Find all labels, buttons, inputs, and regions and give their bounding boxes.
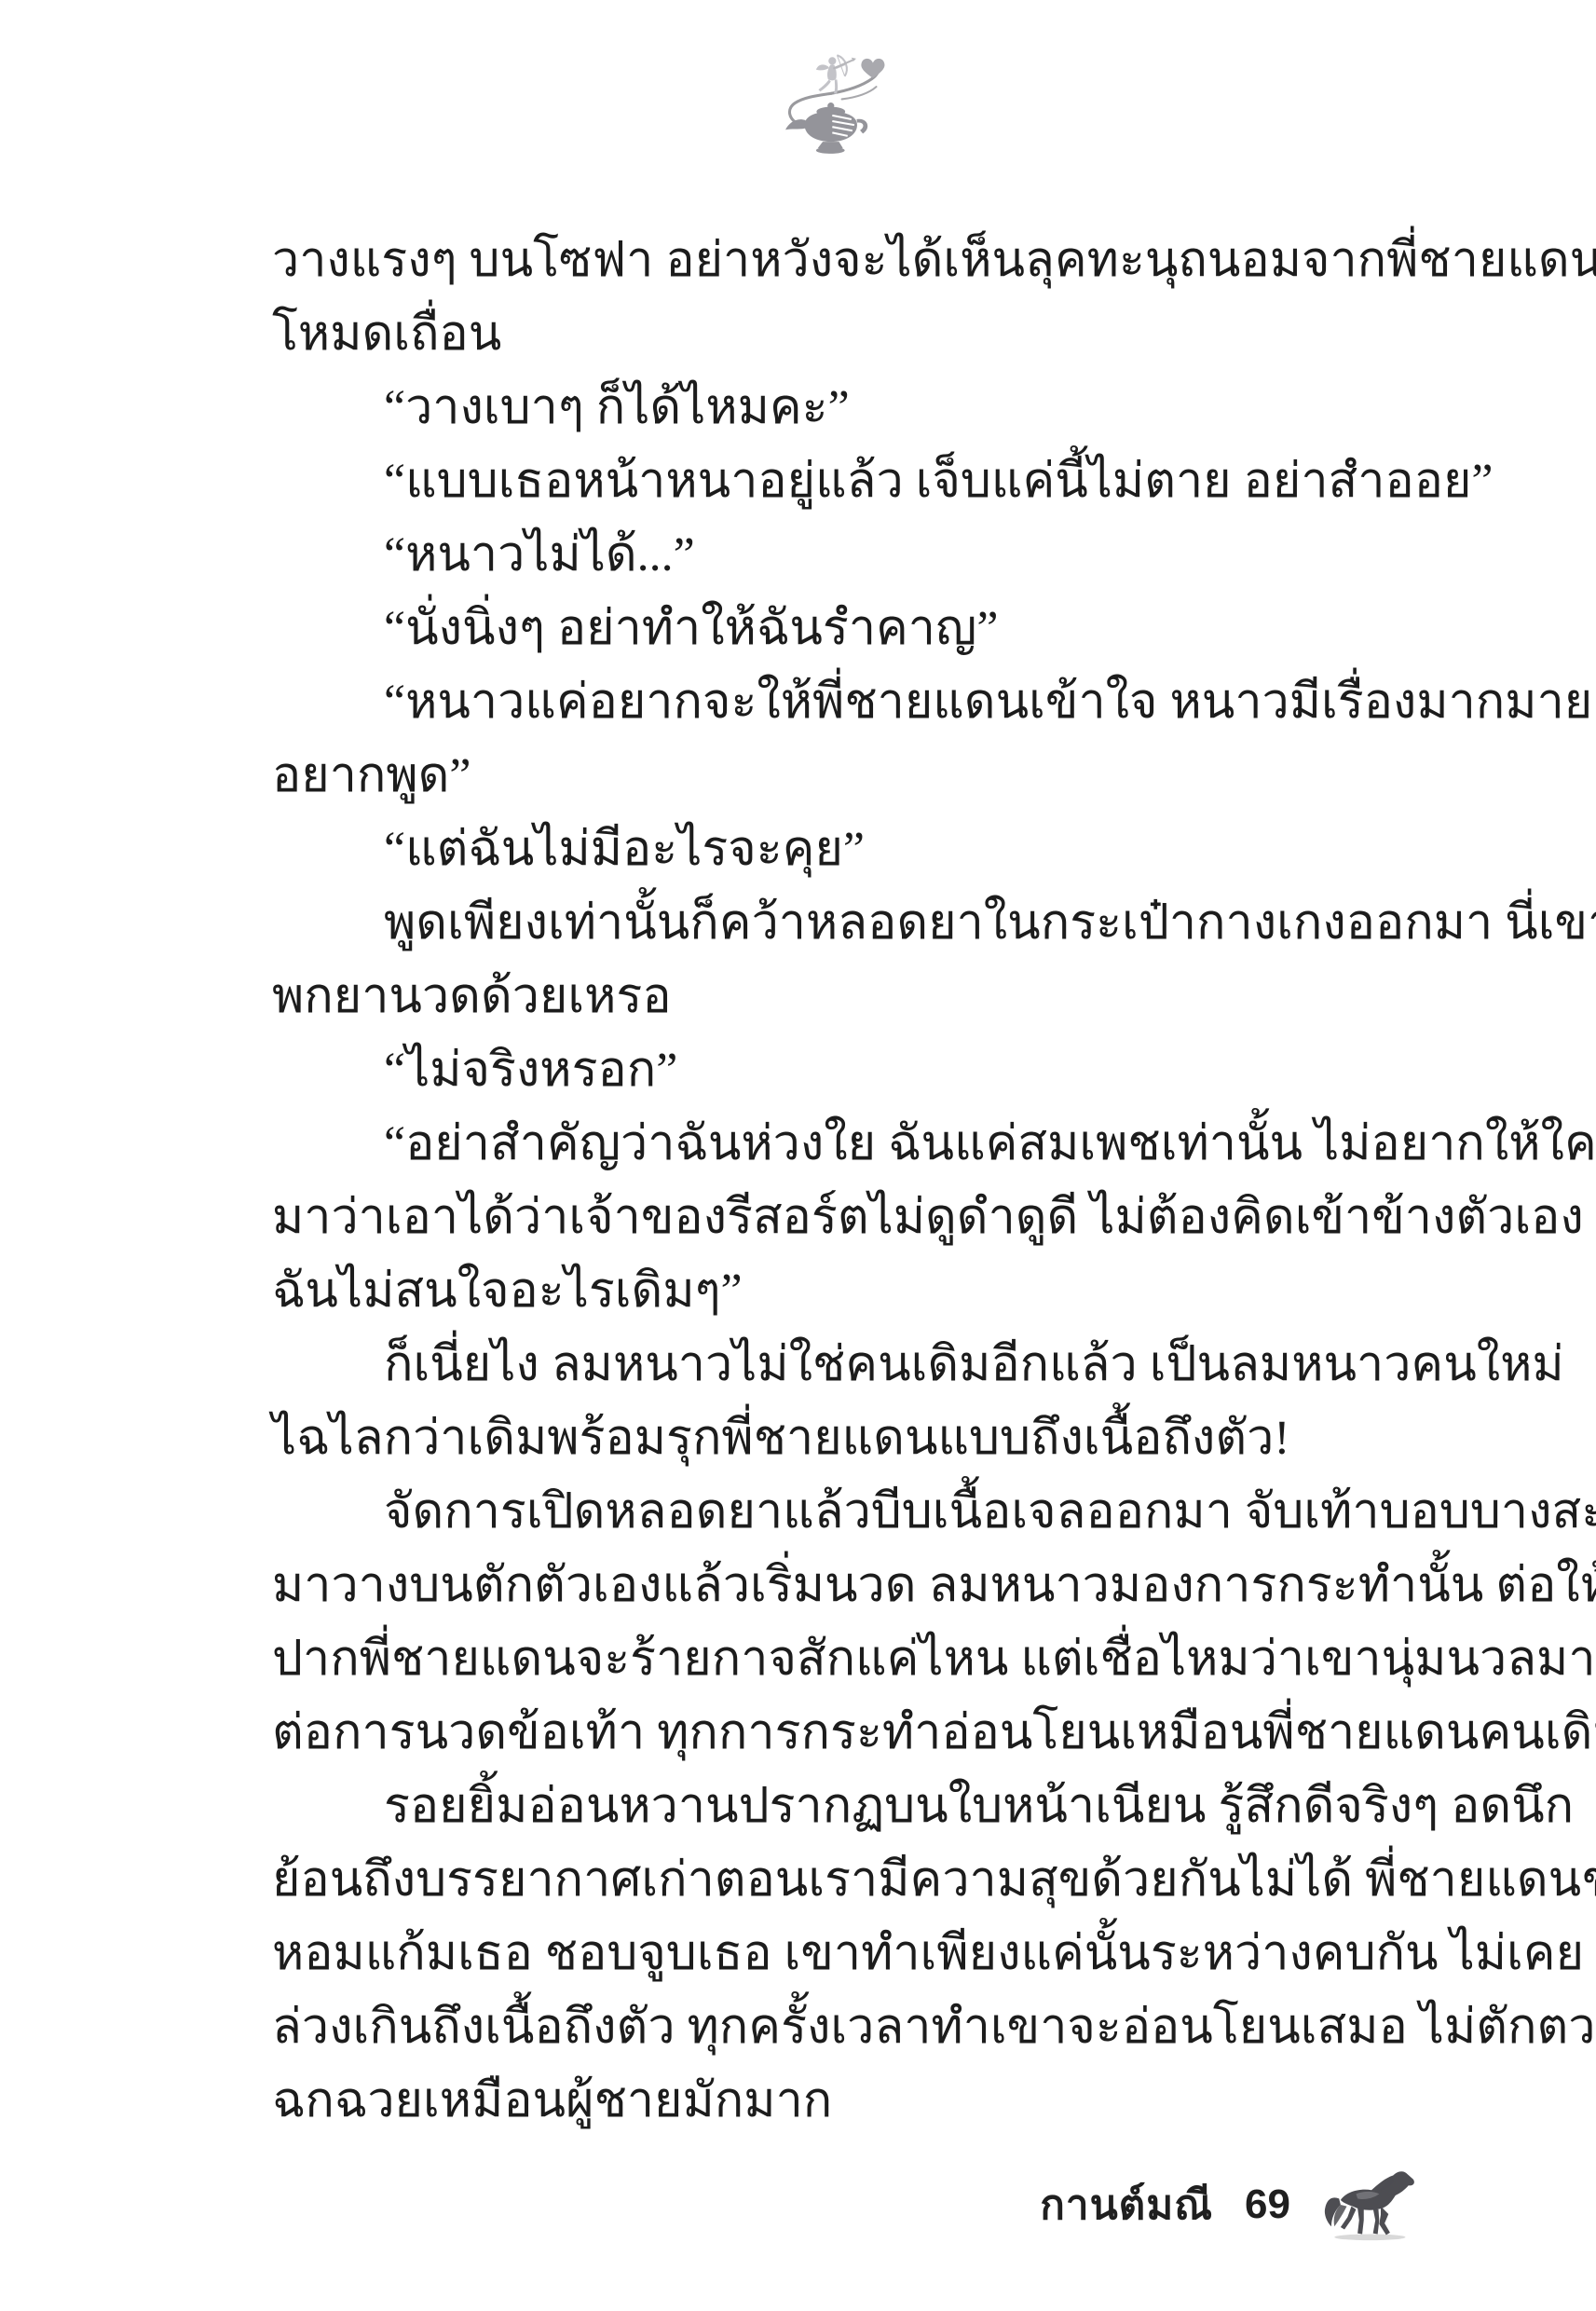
- text-line: “แบบเธอหน้าหนาอยู่แล้ว เจ็บแค่นี้ไม่ตาย …: [272, 444, 1424, 518]
- text-line: “หนาวแค่อยากจะให้พี่ชายแดนเข้าใจ หนาวมีเ…: [272, 665, 1424, 739]
- text-line: ไฉไลกว่าเดิมพร้อมรุกพี่ชายแดนแบบถึงเนื้อ…: [272, 1402, 1424, 1475]
- text-line: “อย่าสำคัญว่าฉันห่วงใย ฉันแค่สมเพชเท่านั…: [272, 1107, 1424, 1181]
- page-text: วางแรงๆ บนโซฟา อย่าหวังจะได้เห็นลุคทะนุถ…: [272, 224, 1424, 2138]
- cupid-lamp-ornament: [784, 52, 894, 170]
- text-line: มาวางบนตักตัวเองแล้วเริ่มนวด ลมหนาวมองกา…: [272, 1549, 1424, 1622]
- text-line: จัดการเปิดหลอดยาแล้วบีบเนื้อเจลออกมา จับ…: [272, 1475, 1424, 1549]
- text-line: “ไม่จริงหรอก”: [272, 1033, 1424, 1107]
- text-line: มาว่าเอาได้ว่าเจ้าของรีสอร์ตไม่ดูดำดูดี …: [272, 1181, 1424, 1254]
- footer-book-title: กานต์มณี: [1040, 2172, 1213, 2237]
- heart-shape: [861, 59, 884, 78]
- text-line: ฉกฉวยเหมือนผู้ชายมักมาก: [272, 2064, 1424, 2138]
- text-line: ต่อการนวดข้อเท้า ทุกการกระทำอ่อนโยนเหมือ…: [272, 1696, 1424, 1770]
- book-page: วางแรงๆ บนโซฟา อย่าหวังจะได้เห็นลุคทะนุถ…: [0, 0, 1596, 2311]
- text-line: พกยานวดด้วยเหรอ: [272, 960, 1424, 1033]
- text-line: “แต่ฉันไม่มีอะไรจะคุย”: [272, 813, 1424, 886]
- cupid-figure: [816, 57, 845, 94]
- cupid-lamp-icon: [784, 52, 894, 170]
- text-line: รอยยิ้มอ่อนหวานปรากฏบนใบหน้าเนียน รู้สึก…: [272, 1770, 1424, 1843]
- text-line: ล่วงเกินถึงเนื้อถึงตัว ทุกครั้งเวลาทำเขา…: [272, 1990, 1424, 2064]
- text-line: หอมแก้มเธอ ชอบจูบเธอ เขาทำเพียงแค่นั้นระ…: [272, 1917, 1424, 1990]
- text-line: “วางเบาๆ ก็ได้ไหมคะ”: [272, 371, 1424, 444]
- text-line: “หนาวไม่ได้...”: [272, 518, 1424, 592]
- text-line: “นั่งนิ่งๆ อย่าทำให้ฉันรำคาญ”: [272, 592, 1424, 665]
- text-line: โหมดเถื่อน: [272, 297, 1424, 371]
- page-footer: กานต์มณี 69: [1040, 2164, 1430, 2246]
- text-line: วางแรงๆ บนโซฟา อย่าหวังจะได้เห็นลุคทะนุถ…: [272, 224, 1424, 297]
- text-line: อยากพูด”: [272, 739, 1424, 813]
- text-line: ฉันไม่สนใจอะไรเดิมๆ”: [272, 1254, 1424, 1328]
- horse-icon: [1322, 2164, 1430, 2246]
- text-line: พูดเพียงเท่านั้นก็คว้าหลอดยาในกระเป๋ากาง…: [272, 886, 1424, 960]
- text-line: ก็เนี่ยไง ลมหนาวไม่ใช่คนเดิมอีกแล้ว เป็น…: [272, 1328, 1424, 1402]
- footer-page-number: 69: [1245, 2181, 1290, 2228]
- text-line: ปากพี่ชายแดนจะร้ายกาจสักแค่ไหน แต่เชื่อไ…: [272, 1622, 1424, 1696]
- text-line: ย้อนถึงบรรยากาศเก่าตอนเรามีความสุขด้วยกั…: [272, 1843, 1424, 1917]
- genie-lamp: [785, 103, 867, 154]
